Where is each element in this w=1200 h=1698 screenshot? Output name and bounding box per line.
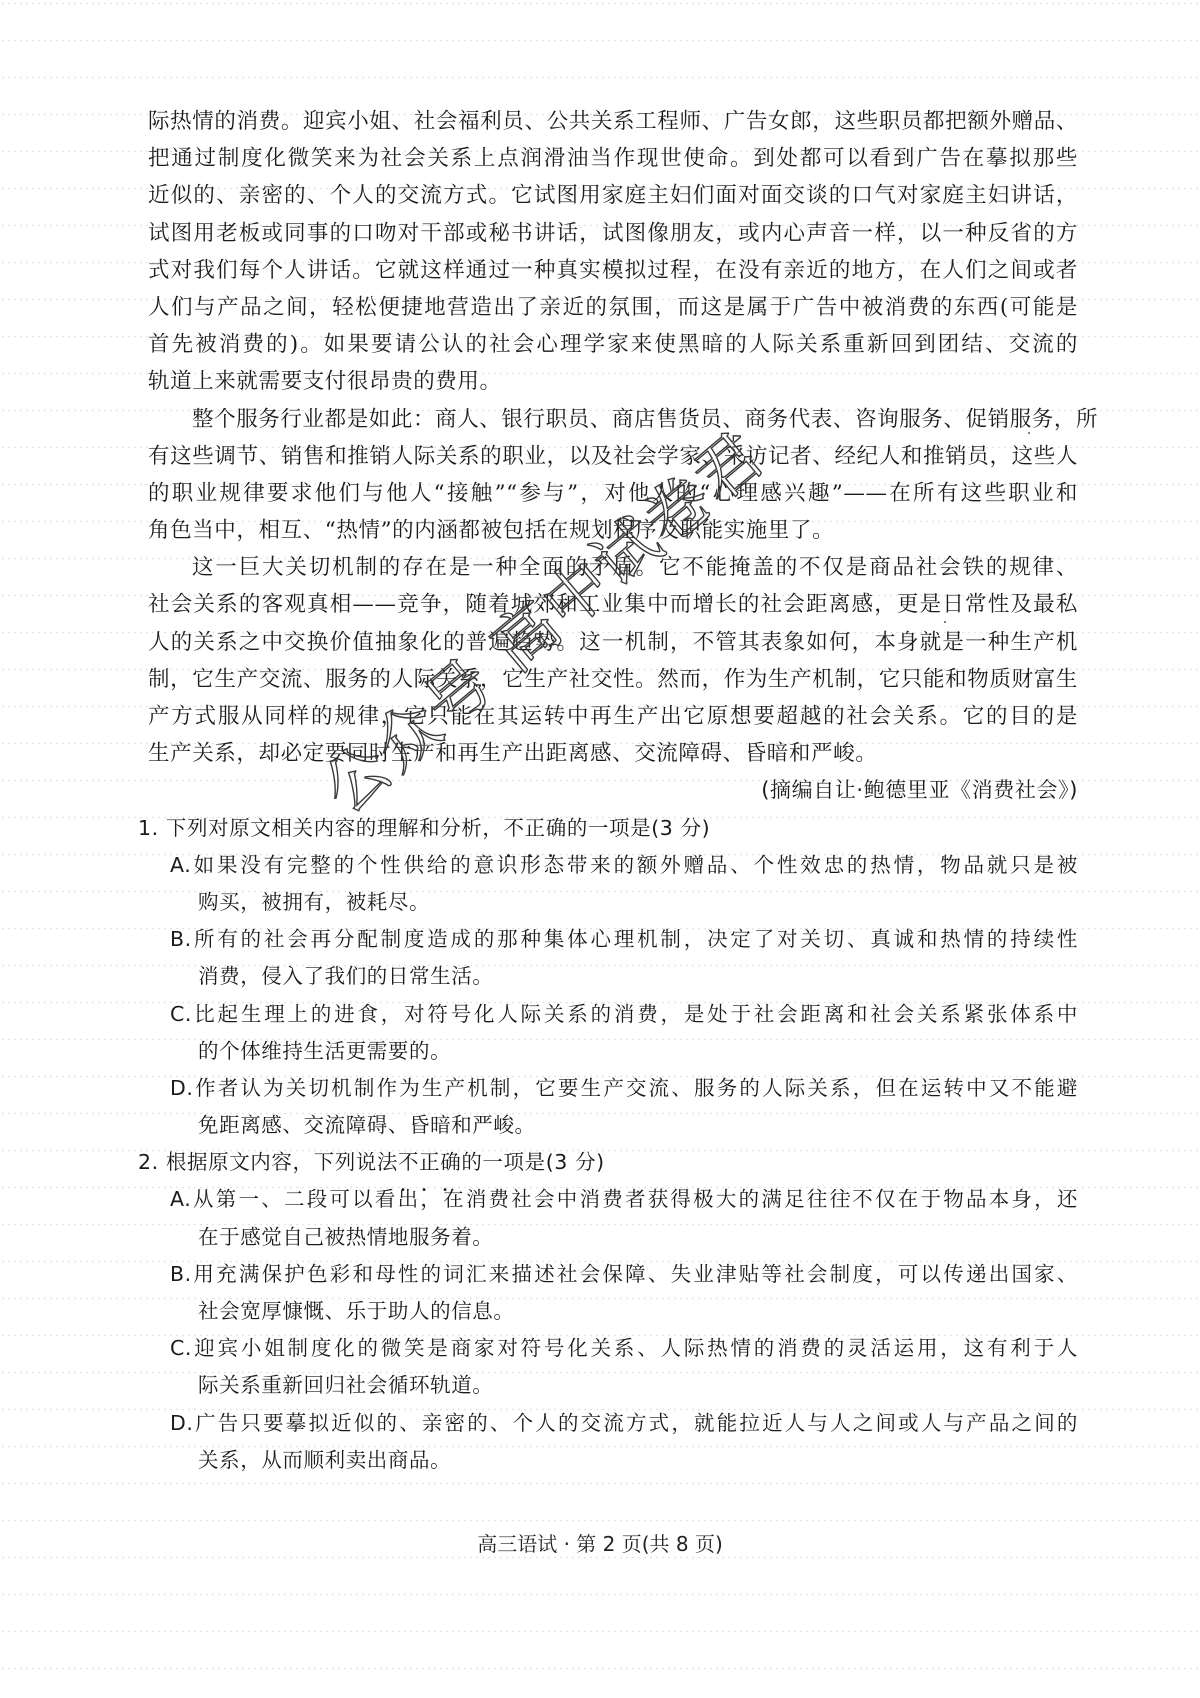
text-line: 角色当中，相互、“热情”的内涵都被包括在规划程序及职能实施里了。 — [148, 512, 1078, 549]
question-number: 2. — [138, 1150, 159, 1174]
text-line: 人们与产品之间，轻松便捷地营造出了亲近的氛围，而这是属于广告中被消费的东西(可能… — [148, 289, 1078, 326]
option-line: C.比起生理上的进食，对符号化人际关系的消费，是处于社会距离和社会关系紧张体系中 — [148, 996, 1078, 1033]
option-text: 所有的社会再分配制度造成的那种集体心理机制，决定了对关切、真诚和热情的持续性 — [192, 927, 1078, 951]
option-label: A. — [170, 853, 191, 877]
option-d[interactable]: D.广告只要摹拟近似的、亲密的、个人的交流方式，就能拉近人与人之间或人与产品之间… — [148, 1405, 1078, 1479]
option-text: 从第一、二段可以看出，在消费社会中消费者获得极大的满足往往不仅在于物品本身，还 — [191, 1187, 1078, 1211]
text-line: 社会关系的客观真相——竞争，随着城郊和工业集中而增长的社会距离感，更是日常性及最… — [148, 586, 1078, 623]
passage-paragraph-1: 际热情的消费。迎宾小姐、社会福利员、公共关系工程师、广告女郎，这些职员都把额外赠… — [148, 103, 1078, 401]
option-line: C.迎宾小姐制度化的微笑是商家对符号化关系、人际热情的消费的灵活运用，这有利于人 — [148, 1330, 1078, 1367]
option-text: 广告只要摹拟近似的、亲密的、个人的交流方式，就能拉近人与人之间或人与产品之间的 — [194, 1411, 1078, 1435]
question-1: 1. 下列对原文相关内容的理解和分析，不正确的一项是(3 分) A.如果没有完整… — [148, 810, 1078, 1145]
question-stem: 1. 下列对原文相关内容的理解和分析，不正确的一项是(3 分) — [138, 810, 1078, 847]
option-line: A.从第一、二段可以看出，在消费社会中消费者获得极大的满足往往不仅在于物品本身，… — [148, 1181, 1078, 1218]
stem-text: 下列对原文相关内容的理解和分析， — [166, 816, 504, 840]
option-text: 如果没有完整的个性供给的意识形态带来的额外赠品、个性效忠的热情，物品就只是被 — [191, 853, 1078, 877]
question-2: 2. 根据原文内容，下列说法不正确的一项是(3 分) A.从第一、二段可以看出，… — [148, 1144, 1078, 1479]
option-label: D. — [170, 1411, 194, 1435]
scan-speck — [1028, 432, 1030, 434]
option-line: B.所有的社会再分配制度造成的那种集体心理机制，决定了对关切、真诚和热情的持续性 — [148, 921, 1078, 958]
question-stem: 2. 根据原文内容，下列说法不正确的一项是(3 分) — [138, 1144, 1078, 1181]
option-line: 购买，被拥有，被耗尽。 — [148, 884, 1078, 921]
option-line: B.用充满保护色彩和母性的词汇来描述社会保障、失业津贴等社会制度，可以传递出国家… — [148, 1256, 1078, 1293]
exam-page: 际热情的消费。迎宾小姐、社会福利员、公共关系工程师、广告女郎，这些职员都把额外赠… — [148, 103, 1078, 1479]
question-number: 1. — [138, 816, 159, 840]
option-label: D. — [170, 1076, 194, 1100]
stem-text: 根据原文内容，下列说法 — [166, 1150, 398, 1174]
option-line: 社会宽厚慷慨、乐于助人的信息。 — [148, 1293, 1078, 1330]
passage-paragraph-2: 整个服务行业都是如此：商人、银行职员、商店售货员、商务代表、咨询服务、促销服务，… — [148, 401, 1078, 550]
option-line: 在于感觉自己被热情地服务着。 — [148, 1219, 1078, 1256]
text-line: 人的关系之中交换价值抽象化的普遍趋势。这一机制，不管其表象如何，本身就是一种生产… — [148, 624, 1078, 661]
option-line: 消费，侵入了我们的日常生活。 — [148, 958, 1078, 995]
text-line: 际热情的消费。迎宾小姐、社会福利员、公共关系工程师、广告女郎，这些职员都把额外赠… — [148, 103, 1078, 140]
option-line: 的个体维持生活更需要的。 — [148, 1033, 1078, 1070]
option-text: 作者认为关切机制作为生产机制，它要生产交流、服务的人际关系，但在运转中又不能避 — [194, 1076, 1078, 1100]
text-line: 式对我们每个人讲话。它就这样通过一种真实模拟过程，在没有亲近的地方，在人们之间或… — [148, 252, 1078, 289]
text-line: 试图用老板或同事的口吻对干部或秘书讲话，试图像朋友，或内心声音一样，以一种反省的… — [148, 215, 1078, 252]
scan-speck — [848, 1195, 850, 1197]
scan-speck — [944, 621, 946, 623]
option-label: C. — [170, 1002, 192, 1026]
text-line: 的职业规律要求他们与他人“接触”“参与”，对他人的“心理感兴趣”——在所有这些职… — [148, 475, 1078, 512]
option-label: C. — [170, 1336, 192, 1360]
text-line: 这一巨大关切机制的存在是一种全面的矛盾。它不能掩盖的不仅是商品社会铁的规律、 — [148, 549, 1078, 586]
option-text: 用充满保护色彩和母性的词汇来描述社会保障、失业津贴等社会制度，可以传递出国家、 — [192, 1262, 1078, 1286]
option-c[interactable]: C.比起生理上的进食，对符号化人际关系的消费，是处于社会距离和社会关系紧张体系中… — [148, 996, 1078, 1070]
option-b[interactable]: B.用充满保护色彩和母性的词汇来描述社会保障、失业津贴等社会制度，可以传递出国家… — [148, 1256, 1078, 1330]
option-c[interactable]: C.迎宾小姐制度化的微笑是商家对符号化关系、人际热情的消费的灵活运用，这有利于人… — [148, 1330, 1078, 1404]
text-line: 产方式服从同样的规律，它只能在其运转中再生产出它原想要超越的社会关系。它的目的是 — [148, 698, 1078, 735]
passage-paragraph-3: 这一巨大关切机制的存在是一种全面的矛盾。它不能掩盖的不仅是商品社会铁的规律、 社… — [148, 549, 1078, 772]
option-line: D.作者认为关切机制作为生产机制，它要生产交流、服务的人际关系，但在运转中又不能… — [148, 1070, 1078, 1107]
text-line: 整个服务行业都是如此：商人、银行职员、商店售货员、商务代表、咨询服务、促销服务，… — [148, 401, 1078, 438]
text-line: 生产关系，却必定要同时生产和再生产出距离感、交流障碍、昏暗和严峻。 — [148, 735, 1078, 772]
option-line: 际关系重新回归社会循环轨道。 — [148, 1367, 1078, 1404]
option-line: 关系，从而顺利卖出商品。 — [148, 1442, 1078, 1479]
option-line: A.如果没有完整的个性供给的意识形态带来的额外赠品、个性效忠的热情，物品就只是被 — [148, 847, 1078, 884]
text-line: 首先被消费的)。如果要请公认的社会心理学家来使黑暗的人际关系重新回到团结、交流的 — [148, 326, 1078, 363]
text-line: 制，它生产交流、服务的人际关系，它生产社交性。然而，作为生产机制，它只能和物质财… — [148, 661, 1078, 698]
page-footer: 高三语试 · 第 2 页(共 8 页) — [0, 1528, 1200, 1557]
stem-text: 的一项是(3 分) — [567, 816, 710, 840]
stem-text: 的一项是(3 分) — [461, 1150, 604, 1174]
option-label: A. — [170, 1187, 191, 1211]
option-label: B. — [170, 927, 192, 951]
option-text: 迎宾小姐制度化的微笑是商家对符号化关系、人际热情的消费的灵活运用，这有利于人 — [192, 1336, 1078, 1360]
passage-source: (摘编自让·鲍德里亚《消费社会》) — [148, 772, 1078, 809]
option-line: 免距离感、交流障碍、昏暗和严峻。 — [148, 1107, 1078, 1144]
option-label: B. — [170, 1262, 192, 1286]
emphasized-text: 不正确 — [504, 816, 567, 840]
text-line: 把通过制度化微笑来为社会关系上点润滑油当作现世使命。到处都可以看到广告在摹拟那些 — [148, 140, 1078, 177]
text-line: 近似的、亲密的、个人的交流方式。它试图用家庭主妇们面对面交谈的口气对家庭主妇讲话… — [148, 177, 1078, 214]
option-a[interactable]: A.从第一、二段可以看出，在消费社会中消费者获得极大的满足往往不仅在于物品本身，… — [148, 1181, 1078, 1255]
option-a[interactable]: A.如果没有完整的个性供给的意识形态带来的额外赠品、个性效忠的热情，物品就只是被… — [148, 847, 1078, 921]
emphasized-text: 不正确 — [398, 1150, 461, 1174]
option-line: D.广告只要摹拟近似的、亲密的、个人的交流方式，就能拉近人与人之间或人与产品之间… — [148, 1405, 1078, 1442]
text-line: 有这些调节、销售和推销人际关系的职业，以及社会学家、采访记者、经纪人和推销员，这… — [148, 438, 1078, 475]
option-d[interactable]: D.作者认为关切机制作为生产机制，它要生产交流、服务的人际关系，但在运转中又不能… — [148, 1070, 1078, 1144]
option-text: 比起生理上的进食，对符号化人际关系的消费，是处于社会距离和社会关系紧张体系中 — [192, 1002, 1078, 1026]
text-line: 轨道上来就需要支付很昂贵的费用。 — [148, 363, 1078, 400]
option-b[interactable]: B.所有的社会再分配制度造成的那种集体心理机制，决定了对关切、真诚和热情的持续性… — [148, 921, 1078, 995]
